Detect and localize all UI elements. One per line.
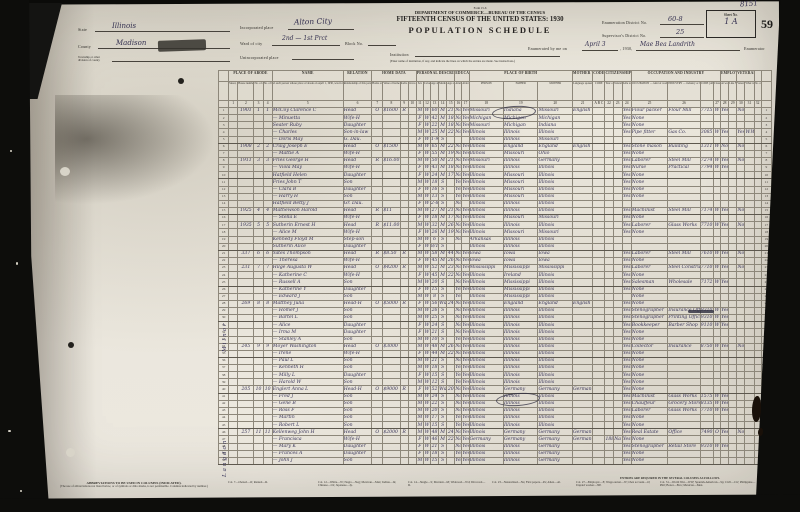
cell-race: W bbox=[423, 365, 430, 372]
cell-class bbox=[713, 336, 720, 343]
cell-empL bbox=[729, 343, 737, 350]
cell-imm bbox=[605, 222, 613, 229]
cell-age: 18 bbox=[431, 365, 439, 372]
census-row: 49— Frances ADaughterFW18SYesYesIllinois… bbox=[219, 450, 772, 457]
cell-empY: Yes bbox=[721, 393, 729, 400]
cell-imm bbox=[605, 336, 613, 343]
cell-imm bbox=[605, 279, 613, 286]
cell-empY bbox=[721, 365, 729, 372]
cell-occ: Laborer bbox=[631, 157, 668, 164]
cell-agem: 22 bbox=[447, 436, 455, 443]
cell-farm bbox=[408, 172, 416, 179]
cell-vetY bbox=[737, 243, 745, 250]
cell-race: W bbox=[423, 286, 430, 293]
cell-nat bbox=[613, 357, 622, 364]
cell-lineL: 18 bbox=[219, 229, 229, 236]
cell-ocode bbox=[700, 236, 713, 243]
cell-val bbox=[383, 350, 400, 357]
cell-name: Yates Thompson bbox=[272, 250, 343, 257]
cell-lineR: 14 bbox=[761, 200, 771, 207]
cell-radio bbox=[400, 150, 408, 157]
ward-label: Ward of city bbox=[240, 41, 262, 46]
cell-age: 22 bbox=[431, 122, 439, 129]
cell-sch: No bbox=[455, 279, 462, 286]
cell-vetY bbox=[737, 350, 745, 357]
cell-bm: Missouri bbox=[538, 136, 573, 143]
cell-rw bbox=[462, 200, 469, 207]
cell-bf: Illinois bbox=[504, 407, 538, 414]
cell-fam: 1 bbox=[263, 108, 272, 115]
cell-code3 bbox=[593, 322, 605, 329]
cell-lineL: 7 bbox=[219, 150, 229, 157]
cell-code3 bbox=[593, 129, 605, 136]
cell-sch: No bbox=[455, 200, 462, 207]
cell-bm: Germany bbox=[538, 436, 573, 443]
cell-sex: M bbox=[416, 250, 423, 257]
cell-class: W bbox=[713, 315, 720, 322]
cell-bp: Illinois bbox=[469, 286, 503, 293]
census-row: 20Sutherin AliceDaughterFW8/12SIllinoisI… bbox=[219, 243, 772, 250]
cell-agem: 21 bbox=[447, 108, 455, 115]
cell-house bbox=[238, 129, 254, 136]
sup-district-label: Supervisor's District No. bbox=[602, 33, 647, 38]
cell-fam bbox=[263, 329, 272, 336]
street-name-vertical: Langdon bbox=[222, 392, 228, 477]
cell-house: 205 bbox=[238, 386, 254, 393]
cell-code3 bbox=[593, 165, 605, 172]
cell-code3 bbox=[593, 457, 605, 464]
cell-empY bbox=[721, 243, 729, 250]
cell-class bbox=[713, 186, 720, 193]
cell-ocode: 7274 bbox=[700, 157, 713, 164]
cell-nat bbox=[613, 293, 622, 300]
cell-vetW bbox=[745, 115, 754, 122]
cell-bf: Illinois bbox=[504, 457, 538, 464]
cell-imm bbox=[605, 365, 613, 372]
cell-empL bbox=[729, 165, 737, 172]
cell-rw: Yes bbox=[462, 379, 469, 386]
cell-agem: 17 bbox=[447, 215, 455, 222]
cell-rel: Son bbox=[343, 407, 371, 414]
cell-vetW bbox=[745, 207, 754, 214]
cell-mar: M bbox=[439, 429, 447, 436]
cell-lineR: 4 bbox=[761, 129, 771, 136]
cell-house: 337 bbox=[238, 250, 254, 257]
cell-bf: Missouri bbox=[504, 172, 538, 179]
cell-dwell: 1 bbox=[254, 108, 263, 115]
cell-own bbox=[372, 186, 383, 193]
cell-nat bbox=[613, 393, 622, 400]
cell-imm bbox=[605, 250, 613, 257]
column-number: 23 bbox=[613, 101, 622, 108]
cell-sex: M bbox=[416, 265, 423, 272]
cell-occ: Pipe fitter bbox=[631, 129, 668, 136]
cell-ocode bbox=[700, 136, 713, 143]
column-header: OCCUPATION — kind of work done bbox=[631, 82, 668, 101]
cell-own bbox=[372, 257, 383, 264]
cell-empY: Yes bbox=[721, 315, 729, 322]
cell-vetY bbox=[737, 286, 745, 293]
cell-name: — Robert L bbox=[272, 422, 343, 429]
cell-ocode bbox=[700, 150, 713, 157]
state-label: State bbox=[78, 27, 87, 32]
column-group-header: EDUCATION bbox=[455, 71, 469, 82]
cell-vetW bbox=[745, 165, 754, 172]
cell-imm bbox=[605, 372, 613, 379]
cell-house bbox=[238, 279, 254, 286]
cell-farm bbox=[408, 179, 416, 186]
cell-mar: S bbox=[439, 279, 447, 286]
column-header: MOTHER bbox=[538, 82, 573, 101]
cell-vetW bbox=[745, 122, 754, 129]
cell-vetY bbox=[737, 415, 745, 422]
census-row: 31— AliceDaughterFW24SNoYesIllinoisIllin… bbox=[219, 322, 772, 329]
cell-farm bbox=[408, 400, 416, 407]
cell-class bbox=[713, 257, 720, 264]
cell-lineL: 14 bbox=[219, 200, 229, 207]
cell-bm: Germany bbox=[538, 157, 573, 164]
cell-rel: Wife-H bbox=[343, 257, 371, 264]
cell-imm bbox=[605, 179, 613, 186]
cell-eng: Yes bbox=[622, 122, 631, 129]
column-header bbox=[761, 82, 771, 101]
cell-lineL: 15 bbox=[219, 207, 229, 214]
cell-fam bbox=[263, 136, 272, 143]
column-number: 32 bbox=[754, 101, 761, 108]
cell-dwell bbox=[254, 357, 263, 364]
cell-ind bbox=[668, 357, 700, 364]
cell-own bbox=[372, 122, 383, 129]
column-number: 14 bbox=[439, 101, 447, 108]
cell-empL bbox=[729, 193, 737, 200]
cell-vetW bbox=[745, 200, 754, 207]
cell-rel: Head bbox=[343, 207, 371, 214]
cell-race: W bbox=[423, 115, 430, 122]
cell-own: O bbox=[372, 143, 383, 150]
cell-sex: M bbox=[416, 307, 423, 314]
cell-house bbox=[238, 200, 254, 207]
cell-val: $8.50 bbox=[383, 250, 400, 257]
cell-ocode: 7710 bbox=[700, 407, 713, 414]
institution-caption: (Enter name of institution, if any, and … bbox=[390, 59, 570, 63]
cell-tongue bbox=[572, 379, 592, 386]
cell-house bbox=[238, 315, 254, 322]
cell-dwell: 9 bbox=[254, 343, 263, 350]
cell-ind bbox=[668, 236, 700, 243]
census-row: 42— Gene BSonMW22SNoYesIllinoisIllinoisI… bbox=[219, 400, 772, 407]
cell-eng: Yes bbox=[622, 457, 631, 464]
cell-class: W bbox=[713, 129, 720, 136]
county-rubber-stamp bbox=[158, 39, 206, 52]
cell-bp: Illinois bbox=[469, 215, 503, 222]
cell-agem: 22 bbox=[447, 129, 455, 136]
cell-vetW bbox=[745, 336, 754, 343]
cell-age: 21 bbox=[431, 329, 439, 336]
cell-imm bbox=[605, 422, 613, 429]
cell-imm bbox=[605, 143, 613, 150]
cell-ind bbox=[668, 243, 700, 250]
cell-mar: M bbox=[439, 115, 447, 122]
cell-imm bbox=[605, 407, 613, 414]
cell-class bbox=[713, 200, 720, 207]
cell-sch: No bbox=[455, 343, 462, 350]
cell-fsch bbox=[754, 172, 761, 179]
cell-ind: Insurance bbox=[668, 343, 700, 350]
cell-fam bbox=[263, 193, 272, 200]
cell-tongue bbox=[572, 279, 592, 286]
cell-dwell bbox=[254, 322, 263, 329]
cell-code3 bbox=[593, 357, 605, 364]
cell-sch: No bbox=[455, 386, 462, 393]
cell-race: W bbox=[423, 207, 430, 214]
cell-vetW bbox=[745, 172, 754, 179]
cell-bp: Illinois bbox=[469, 143, 503, 150]
cell-imm: 1881 bbox=[605, 436, 613, 443]
cell-dwell: 10 bbox=[254, 386, 263, 393]
cell-occ: None bbox=[631, 257, 668, 264]
cell-code3 bbox=[593, 172, 605, 179]
cell-rel: Wife-H bbox=[343, 350, 371, 357]
cell-bm: Missouri bbox=[538, 229, 573, 236]
abbr-col: Col. 14—Single—S; Married—M; Widowed—Wd;… bbox=[408, 481, 488, 487]
cell-lineR: 9 bbox=[761, 165, 771, 172]
column-header: INDUSTRY — industry or business bbox=[668, 82, 700, 101]
cell-bm: Indiana bbox=[538, 122, 573, 129]
cell-class bbox=[713, 450, 720, 457]
cell-mar: S bbox=[439, 179, 447, 186]
cell-empL bbox=[729, 250, 737, 257]
cell-radio bbox=[400, 272, 408, 279]
cell-code3 bbox=[593, 300, 605, 307]
cell-radio bbox=[400, 229, 408, 236]
cell-lineL: 39 bbox=[219, 379, 229, 386]
cell-age: 46 bbox=[431, 436, 439, 443]
column-number: 15 bbox=[447, 101, 455, 108]
cell-vetW bbox=[745, 329, 754, 336]
cell-vetW bbox=[745, 300, 754, 307]
cell-radio bbox=[400, 457, 408, 464]
cell-bm: Germany bbox=[538, 443, 573, 450]
column-group-header: PLACE OF BIRTH bbox=[469, 71, 572, 82]
cell-house bbox=[238, 136, 254, 143]
cell-street bbox=[229, 450, 238, 457]
cell-vetW bbox=[745, 193, 754, 200]
cell-tongue bbox=[572, 257, 592, 264]
schedule-title: POPULATION SCHEDULE bbox=[330, 25, 630, 35]
cell-street bbox=[229, 229, 238, 236]
cell-vetY bbox=[737, 372, 745, 379]
column-header: Able to speak English bbox=[622, 82, 631, 101]
cell-mar: Wd bbox=[439, 300, 447, 307]
cell-rw: Yes bbox=[462, 422, 469, 429]
census-row: 26— Katherine YDaughterFW15SYesYesIllino… bbox=[219, 286, 772, 293]
census-title: FIFTEENTH CENSUS OF THE UNITED STATES: 1… bbox=[330, 16, 630, 23]
cell-class bbox=[713, 115, 720, 122]
census-row: 9— Viola MayWife-HFW43M18NoYesIllinoisIl… bbox=[219, 165, 772, 172]
column-header: PERSON bbox=[469, 82, 503, 101]
cell-farm bbox=[408, 272, 416, 279]
census-row: 17193555Sutherin Ernest HHeadR$11.00MW32… bbox=[219, 222, 772, 229]
column-group-header: HOME DATA bbox=[372, 71, 417, 82]
cell-imm bbox=[605, 343, 613, 350]
cell-agem bbox=[447, 179, 455, 186]
cell-empL bbox=[729, 129, 737, 136]
cell-empL bbox=[729, 400, 737, 407]
cell-farm bbox=[408, 157, 416, 164]
cell-bf: Missouri bbox=[504, 186, 538, 193]
cell-bf: Michigan bbox=[504, 122, 538, 129]
column-header: At work yesterday bbox=[721, 82, 729, 101]
cell-empY: Yes bbox=[721, 265, 729, 272]
cell-sch: Yes bbox=[455, 186, 462, 193]
cell-fam bbox=[263, 322, 272, 329]
cell-farm bbox=[408, 265, 416, 272]
cell-occ: None bbox=[631, 300, 668, 307]
cell-fam bbox=[263, 443, 272, 450]
cell-race: W bbox=[423, 336, 430, 343]
cell-rel: Wife-H bbox=[343, 272, 371, 279]
cell-class: W bbox=[713, 250, 720, 257]
cell-bp: Mississippi bbox=[469, 265, 503, 272]
cell-sch: No bbox=[455, 429, 462, 436]
cell-own bbox=[372, 179, 383, 186]
cell-sex: M bbox=[416, 407, 423, 414]
column-number: 31 bbox=[745, 101, 754, 108]
cell-farm bbox=[408, 186, 416, 193]
cell-rw: Yes bbox=[462, 450, 469, 457]
cell-rw: Yes bbox=[462, 279, 469, 286]
cell-tongue bbox=[572, 243, 592, 250]
cell-tongue bbox=[572, 450, 592, 457]
ward-value: 2nd — 1st Prct bbox=[282, 35, 327, 42]
cell-rel: Wife-H bbox=[343, 436, 371, 443]
cell-bf: Illinois bbox=[504, 307, 538, 314]
cell-own: R bbox=[372, 222, 383, 229]
cell-val bbox=[383, 172, 400, 179]
cell-code3 bbox=[593, 222, 605, 229]
cell-fam bbox=[263, 115, 272, 122]
cell-ocode bbox=[700, 115, 713, 122]
census-scan-page: { "scan": { "corner_number": "8151", "st… bbox=[0, 0, 800, 512]
cell-name: — Bartel L bbox=[272, 315, 343, 322]
cell-street bbox=[229, 350, 238, 357]
cell-bf: Illinois bbox=[504, 336, 538, 343]
cell-nat bbox=[613, 286, 622, 293]
cell-tongue bbox=[572, 157, 592, 164]
cell-occ: Laborer bbox=[631, 265, 668, 272]
cell-empY bbox=[721, 215, 729, 222]
cell-street bbox=[229, 129, 238, 136]
cell-lineL: 8 bbox=[219, 157, 229, 164]
cell-code3 bbox=[593, 265, 605, 272]
cell-rel: Daughter bbox=[343, 329, 371, 336]
cell-ocode bbox=[700, 179, 713, 186]
cell-fsch bbox=[754, 286, 761, 293]
cell-code3 bbox=[593, 157, 605, 164]
cell-empL bbox=[729, 157, 737, 164]
column-group-header bbox=[219, 71, 229, 82]
cell-radio bbox=[400, 200, 408, 207]
cell-ind: Printing Office bbox=[668, 315, 700, 322]
column-header: Street, avenue, road, etc. bbox=[229, 82, 238, 101]
cell-street bbox=[229, 257, 238, 264]
cell-tongue bbox=[572, 393, 592, 400]
cell-house bbox=[238, 236, 254, 243]
cell-farm bbox=[408, 450, 416, 457]
census-row: 2133766Yates ThompsonHeadR$8.50RMW58M44N… bbox=[219, 250, 772, 257]
cell-rel: Head bbox=[343, 157, 371, 164]
cell-fsch bbox=[754, 372, 761, 379]
cell-mar: S bbox=[439, 365, 447, 372]
cell-name: Sutherin Ernest H bbox=[272, 222, 343, 229]
cell-imm bbox=[605, 357, 613, 364]
cell-eng bbox=[622, 200, 631, 207]
cell-vetW bbox=[745, 443, 754, 450]
cell-ocode bbox=[700, 436, 713, 443]
census-row: 8191133Fries George HHeadR$16.00MW50M21N… bbox=[219, 157, 772, 164]
cell-agem: 22 bbox=[447, 143, 455, 150]
cell-class bbox=[713, 286, 720, 293]
cell-bm: Illinois bbox=[538, 279, 573, 286]
cell-street bbox=[229, 243, 238, 250]
cell-name: — Katherine Y bbox=[272, 286, 343, 293]
cell-ind bbox=[668, 229, 700, 236]
cell-ind bbox=[668, 293, 700, 300]
cell-street bbox=[229, 336, 238, 343]
cell-sch: Yes bbox=[455, 457, 462, 464]
cell-code3 bbox=[593, 350, 605, 357]
cell-rel: Daughter bbox=[343, 322, 371, 329]
cell-empL bbox=[729, 279, 737, 286]
cell-farm bbox=[408, 143, 416, 150]
column-number: 9 bbox=[400, 101, 408, 108]
cell-own bbox=[372, 443, 383, 450]
cell-fsch bbox=[754, 122, 761, 129]
cell-mar: M bbox=[439, 257, 447, 264]
cell-sex: M bbox=[416, 422, 423, 429]
cell-street bbox=[229, 429, 238, 436]
cell-rel: Step-son bbox=[343, 236, 371, 243]
cell-house bbox=[238, 257, 254, 264]
cell-house bbox=[238, 357, 254, 364]
cell-imm bbox=[605, 172, 613, 179]
cell-eng: Yes bbox=[622, 429, 631, 436]
cell-race: W bbox=[423, 322, 430, 329]
cell-val bbox=[383, 215, 400, 222]
cell-occ bbox=[631, 243, 668, 250]
cell-fsch bbox=[754, 257, 761, 264]
cell-eng: Yes bbox=[622, 315, 631, 322]
cell-ocode: 9310 bbox=[700, 443, 713, 450]
cell-occ: None bbox=[631, 415, 668, 422]
cell-code3 bbox=[593, 293, 605, 300]
cell-own bbox=[372, 307, 383, 314]
cell-fam bbox=[263, 122, 272, 129]
census-row: 41— Fred JSonMW24SNoYesIllinoisIllinoisI… bbox=[219, 393, 772, 400]
cell-val bbox=[383, 372, 400, 379]
cell-vetW bbox=[745, 286, 754, 293]
cell-vetY bbox=[737, 386, 745, 393]
cell-sch: No bbox=[455, 150, 462, 157]
cell-occ: None bbox=[631, 350, 668, 357]
cell-vetW bbox=[745, 215, 754, 222]
cell-imm bbox=[605, 193, 613, 200]
enumerated-date: April 3 bbox=[585, 41, 606, 48]
page-stamp-number: 59 bbox=[761, 17, 773, 32]
cell-occ: None bbox=[631, 293, 668, 300]
cell-rel: Son bbox=[343, 365, 371, 372]
cell-tongue bbox=[572, 336, 592, 343]
